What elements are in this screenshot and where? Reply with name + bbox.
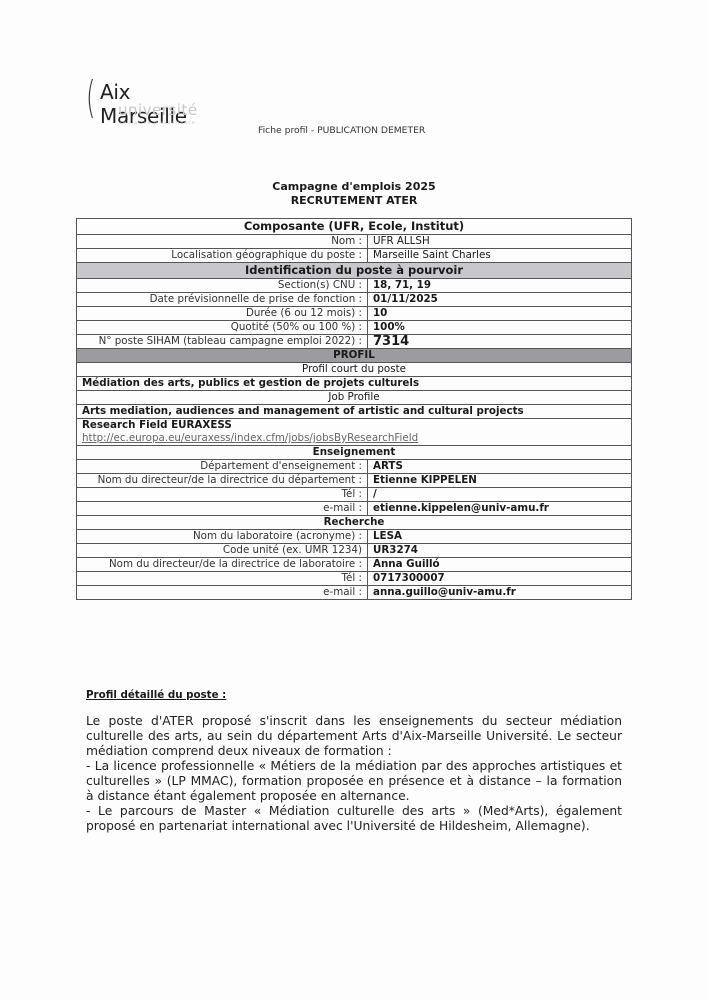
table-row: Tél : / — [77, 488, 632, 502]
detailed-profile-text: Le poste d'ATER proposé s'inscrit dans l… — [86, 714, 622, 834]
job-profile-label: Job Profile — [77, 391, 632, 405]
profile-form-table: Composante (UFR, Ecole, Institut) Nom : … — [76, 218, 632, 600]
directeur-labo-label: Nom du directeur/de la directrice de lab… — [77, 558, 368, 572]
cnu-value: 18, 71, 19 — [368, 279, 632, 293]
directeur-dept-value: Etienne KIPPELEN — [368, 474, 632, 488]
duree-value: 10 — [368, 307, 632, 321]
directeur-dept-label: Nom du directeur/de la directrice du dép… — [77, 474, 368, 488]
table-row: Nom : UFR ALLSH — [77, 235, 632, 249]
table-row: Nom du directeur/de la directrice du dép… — [77, 474, 632, 488]
university-logo: ( Aix Marseille université Initiative d'… — [86, 76, 216, 136]
profil-heading: PROFIL — [77, 349, 632, 363]
directeur-labo-value: Anna Guilló — [368, 558, 632, 572]
tel-dept-label: Tél : — [77, 488, 368, 502]
departement-value: ARTS — [368, 460, 632, 474]
profil-court-label: Profil court du poste — [77, 363, 632, 377]
document-title: Campagne d'emplois 2025 RECRUTEMENT ATER — [0, 180, 708, 208]
detailed-profile-title: Profil détaillé du poste : — [86, 689, 226, 701]
table-row: Nom du laboratoire (acronyme) : LESA — [77, 530, 632, 544]
table-row: Nom du directeur/de la directrice de lab… — [77, 558, 632, 572]
date-value: 01/11/2025 — [368, 293, 632, 307]
profil-court-value: Médiation des arts, publics et gestion d… — [77, 377, 632, 391]
recherche-heading: Recherche — [77, 516, 632, 530]
detail-paragraph: - La licence professionnelle « Métiers d… — [86, 759, 622, 804]
tel-labo-label: Tél : — [77, 572, 368, 586]
code-unite-label: Code unité (ex. UMR 1234) — [77, 544, 368, 558]
job-profile-value: Arts mediation, audiences and management… — [77, 405, 632, 419]
code-unite-value: UR3274 — [368, 544, 632, 558]
detail-paragraph: Le poste d'ATER proposé s'inscrit dans l… — [86, 714, 622, 759]
departement-label: Département d'enseignement : — [77, 460, 368, 474]
table-row: Localisation géographique du poste : Mar… — [77, 249, 632, 263]
siham-value: 7314 — [368, 335, 632, 349]
labo-value: LESA — [368, 530, 632, 544]
table-row: Date prévisionnelle de prise de fonction… — [77, 293, 632, 307]
quotite-value: 100% — [368, 321, 632, 335]
duree-label: Durée (6 ou 12 mois) : — [77, 307, 368, 321]
composante-heading: Composante (UFR, Ecole, Institut) — [77, 219, 632, 235]
siham-label: N° poste SIHAM (tableau campagne emploi … — [77, 335, 368, 349]
tel-labo-value: 0717300007 — [368, 572, 632, 586]
title-recrutement: RECRUTEMENT ATER — [0, 194, 708, 208]
table-row: Département d'enseignement : ARTS — [77, 460, 632, 474]
euraxess-link[interactable]: http://ec.europa.eu/euraxess/index.cfm/j… — [82, 432, 626, 445]
table-row: Quotité (50% ou 100 %) : 100% — [77, 321, 632, 335]
cnu-label: Section(s) CNU : — [77, 279, 368, 293]
logo-bracket-icon: ( — [86, 72, 95, 123]
localisation-value: Marseille Saint Charles — [368, 249, 632, 263]
table-row: e-mail : etienne.kippelen@univ-amu.fr — [77, 502, 632, 516]
identification-heading: Identification du poste à pourvoir — [77, 263, 632, 279]
enseignement-heading: Enseignement — [77, 446, 632, 460]
title-campagne: Campagne d'emplois 2025 — [0, 180, 708, 194]
nom-label: Nom : — [77, 235, 368, 249]
euraxess-title: Research Field EURAXESS — [82, 419, 626, 432]
table-row: e-mail : anna.guillo@univ-amu.fr — [77, 586, 632, 600]
table-row: Section(s) CNU : 18, 71, 19 — [77, 279, 632, 293]
email-labo-label: e-mail : — [77, 586, 368, 600]
email-dept-label: e-mail : — [77, 502, 368, 516]
euraxess-cell: Research Field EURAXESS http://ec.europa… — [77, 419, 632, 446]
email-labo-value: anna.guillo@univ-amu.fr — [368, 586, 632, 600]
table-row: Tél : 0717300007 — [77, 572, 632, 586]
table-row: Code unité (ex. UMR 1234) UR3274 — [77, 544, 632, 558]
logo-tagline: Initiative d'excellence — [120, 120, 196, 125]
tel-dept-value: / — [368, 488, 632, 502]
logo-universite: université — [118, 101, 198, 119]
nom-value: UFR ALLSH — [368, 235, 632, 249]
date-label: Date prévisionnelle de prise de fonction… — [77, 293, 368, 307]
labo-label: Nom du laboratoire (acronyme) : — [77, 530, 368, 544]
fiche-label: Fiche profil - PUBLICATION DEMETER — [258, 125, 425, 136]
quotite-label: Quotité (50% ou 100 %) : — [77, 321, 368, 335]
table-row: Durée (6 ou 12 mois) : 10 — [77, 307, 632, 321]
table-row: N° poste SIHAM (tableau campagne emploi … — [77, 335, 632, 349]
email-dept-value: etienne.kippelen@univ-amu.fr — [368, 502, 632, 516]
localisation-label: Localisation géographique du poste : — [77, 249, 368, 263]
detail-paragraph: - Le parcours de Master « Médiation cult… — [86, 804, 622, 834]
